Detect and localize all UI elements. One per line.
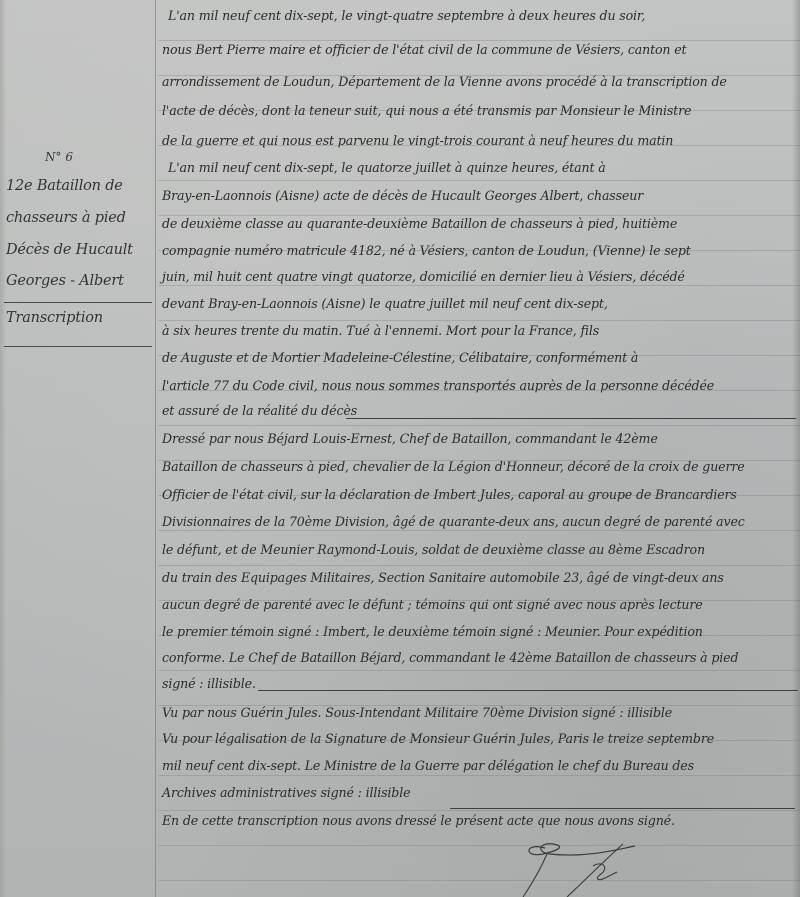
fill-line <box>258 690 798 691</box>
body-line: le premier témoin signé : Imbert, le deu… <box>162 624 703 639</box>
margin-line-deces: Décès de Hucault <box>6 242 133 258</box>
body-line: conforme. Le Chef de Bataillon Béjard, c… <box>162 650 738 665</box>
margin-divider-bottom <box>4 346 152 347</box>
entry-number: N° 6 <box>45 150 73 164</box>
body-line: signé : illisible. <box>162 676 256 691</box>
body-line: L'an mil neuf cent dix-sept, le quatorze… <box>168 160 606 175</box>
body-line: L'an mil neuf cent dix-sept, le vingt-qu… <box>168 8 645 23</box>
margin-title: Transcription <box>6 310 103 326</box>
signature-glyph-icon <box>505 840 655 897</box>
body-line: arrondissement de Loudun, Département de… <box>162 74 727 89</box>
margin-annotation: N° 6 12e Bataillon de chasseurs à pied D… <box>0 0 155 897</box>
body-line: de la guerre et qui nous est parvenu le … <box>162 133 673 148</box>
body-line: nous Bert Pierre maire et officier de l'… <box>162 42 686 57</box>
body-line: Divisionnaires de la 70ème Division, âgé… <box>162 514 745 529</box>
body-line: à six heures trente du matin. Tué à l'en… <box>162 323 599 338</box>
body-line: du train des Equipages Militaires, Secti… <box>162 570 724 585</box>
body-line: devant Bray-en-Laonnois (Aisne) le quatr… <box>162 296 608 311</box>
body-line: de Auguste et de Mortier Madeleine-Céles… <box>162 350 638 365</box>
body-line: Bataillon de chasseurs à pied, chevalier… <box>162 459 745 474</box>
body-line: Vu par nous Guérin Jules. Sous-Intendant… <box>162 705 672 720</box>
body-line: mil neuf cent dix-sept. Le Ministre de l… <box>162 758 694 773</box>
body-line: Bray-en-Laonnois (Aisne) acte de décès d… <box>162 188 643 203</box>
body-line: aucun degré de parenté avec le défunt ; … <box>162 597 703 612</box>
body-line: l'article 77 du Code civil, nous nous so… <box>162 378 714 393</box>
body-line: Archives administratives signé : illisib… <box>162 785 410 800</box>
body-line: Dressé par nous Béjard Louis-Ernest, Che… <box>162 431 658 446</box>
body-line: En de cette transcription nous avons dre… <box>162 813 675 828</box>
margin-line-name: Georges - Albert <box>6 273 124 289</box>
body-line: et assuré de la réalité du décès <box>162 403 357 418</box>
page-edge-right <box>792 0 800 897</box>
register-page: N° 6 12e Bataillon de chasseurs à pied D… <box>0 0 800 897</box>
body-line: le défunt, et de Meunier Raymond-Louis, … <box>162 542 705 557</box>
mayor-signature <box>505 840 655 897</box>
body-line: Vu pour légalisation de la Signature de … <box>162 731 714 746</box>
margin-line-chasseurs: chasseurs à pied <box>6 210 126 226</box>
body-line: l'acte de décès, dont la teneur suit, qu… <box>162 103 691 118</box>
body-line: de deuxième classe au quarante-deuxième … <box>162 216 677 231</box>
margin-rule <box>155 0 156 897</box>
margin-divider-top <box>4 302 152 303</box>
fill-line <box>346 418 796 419</box>
body-line: juin, mil huit cent quatre vingt quatorz… <box>162 269 685 284</box>
margin-line-battalion: 12e Bataillon de <box>6 178 123 194</box>
body-line: Officier de l'état civil, sur la déclara… <box>162 487 737 502</box>
body-line: compagnie numéro matricule 4182, né à Vé… <box>162 243 691 258</box>
fill-line <box>450 808 795 809</box>
